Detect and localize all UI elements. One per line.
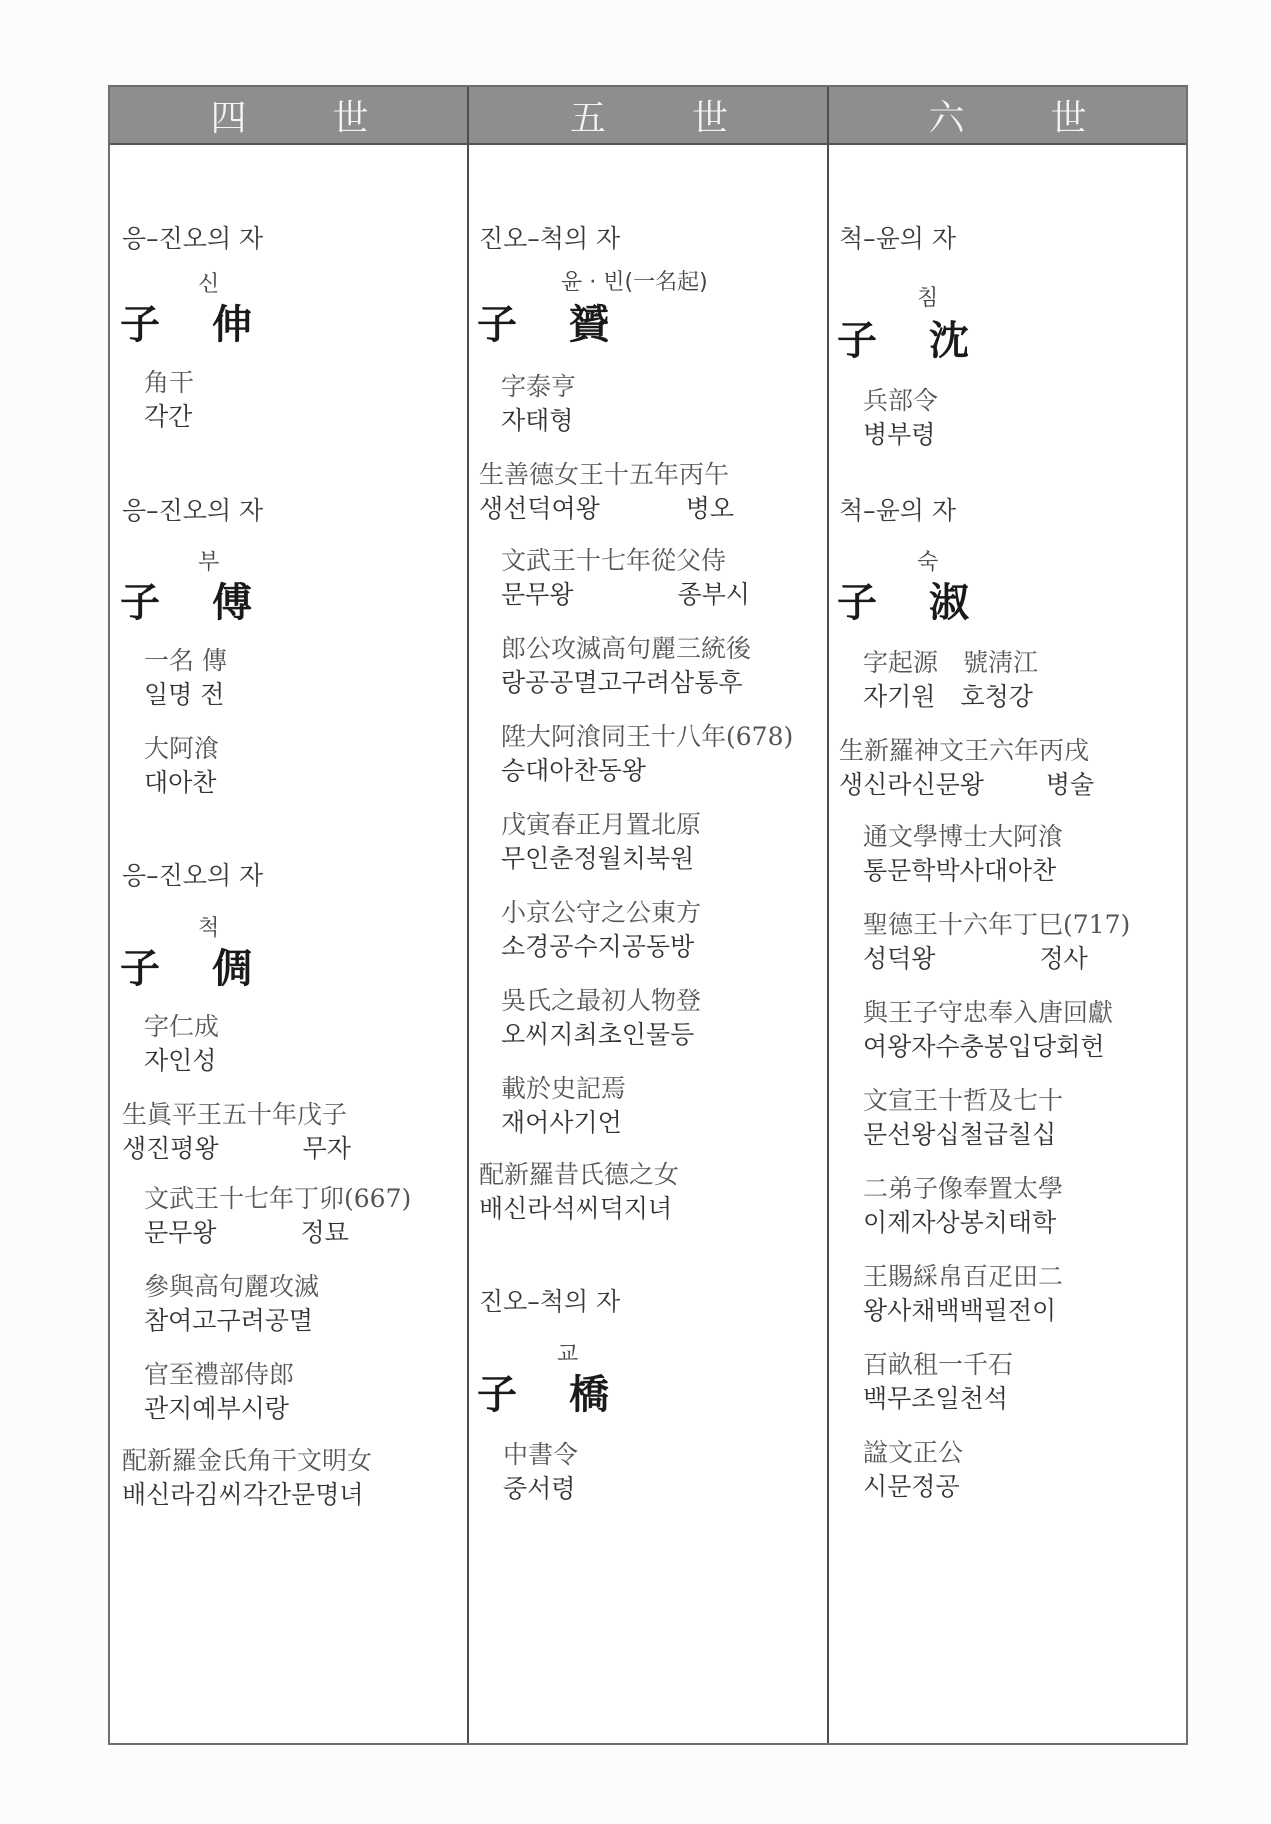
korean-part: 생신라신문왕	[839, 770, 984, 799]
korean-line: 중서령	[503, 1469, 575, 1505]
korean-part: 생진평왕	[122, 1134, 219, 1163]
hanja-line: 陞大阿湌同王十八年(678)	[501, 717, 793, 753]
korean-part: 무자	[303, 1134, 351, 1163]
korean-line: 자태형	[501, 401, 573, 437]
korean-part: 성덕왕	[863, 944, 935, 973]
hanja-line: 通文學博士大阿湌	[863, 817, 1063, 853]
korean-line: 왕사채백백필전이	[863, 1291, 1056, 1327]
name-char: 伸	[212, 301, 252, 348]
header-char: 世	[333, 90, 369, 141]
korean-line: 통문학박사대아찬	[863, 851, 1056, 887]
korean-line: 재어사기언	[501, 1103, 622, 1139]
header-char: 世	[692, 90, 728, 141]
korean-line: 오씨지최초인물등	[501, 1015, 694, 1051]
parent-line: 진오–척의 자	[479, 219, 620, 255]
name-prefix: 子	[477, 1371, 517, 1418]
korean-line: 생신라신문왕병술	[839, 765, 1094, 801]
person-name: 子沈	[837, 309, 969, 366]
korean-line: 자인성	[144, 1041, 216, 1077]
name-char: 贇	[569, 301, 609, 348]
hanja-line: 官至禮部侍郎	[144, 1355, 294, 1391]
korean-line: 대아찬	[144, 763, 216, 799]
hanja-line: 配新羅昔氏德之女	[479, 1155, 679, 1191]
person-name: 子伸	[120, 293, 252, 350]
name-prefix: 子	[837, 317, 877, 364]
korean-line: 이제자상봉치태학	[863, 1203, 1056, 1239]
hanja-line: 文武王十七年丁卯(667)	[144, 1179, 411, 1215]
korean-part: 문무왕	[144, 1218, 216, 1247]
parent-line: 진오–척의 자	[479, 1282, 620, 1318]
hanja-line: 生新羅神文王六年丙戌	[839, 731, 1089, 767]
hanja-line: 文宣王十哲及七十	[863, 1081, 1063, 1117]
hanja-line: 中書令	[503, 1435, 578, 1471]
header-char: 世	[1051, 90, 1087, 141]
hanja-line: 字起源 號淸江	[863, 643, 1038, 679]
korean-line: 배신라석씨덕지녀	[479, 1189, 672, 1225]
parent-line: 척–윤의 자	[839, 219, 956, 255]
korean-part: 문무왕	[501, 580, 573, 609]
person-name: 子贇	[477, 293, 609, 350]
korean-part: 종부시	[677, 580, 749, 609]
parent-line: 응–진오의 자	[122, 491, 263, 527]
parent-line: 척–윤의 자	[839, 491, 956, 527]
hanja-line: 聖德王十六年丁巳(717)	[863, 905, 1130, 941]
korean-line: 랑공공멸고구려삼통후	[501, 663, 743, 699]
parent-line: 응–진오의 자	[122, 219, 263, 255]
person-name: 子淑	[837, 571, 969, 628]
korean-part: 병술	[1046, 770, 1094, 799]
name-prefix: 子	[837, 579, 877, 626]
korean-line: 무인춘정월치북원	[501, 839, 694, 875]
korean-line: 문무왕종부시	[501, 575, 750, 611]
name-char: 沈	[929, 317, 969, 364]
hanja-line: 二弟子像奉置太學	[863, 1169, 1063, 1205]
hanja-line: 載於史記焉	[501, 1069, 626, 1105]
hanja-line: 吳氏之最初人物登	[501, 981, 701, 1017]
hanja-line: 生善德女王十五年丙午	[479, 455, 729, 491]
person-name: 子倜	[120, 937, 252, 994]
korean-line: 병부령	[863, 415, 935, 451]
korean-line: 시문정공	[863, 1467, 960, 1503]
header-char: 四	[210, 90, 246, 141]
korean-line: 승대아찬동왕	[501, 751, 646, 787]
korean-line: 여왕자수충봉입당회헌	[863, 1027, 1105, 1063]
korean-line: 자기원 호청강	[863, 677, 1033, 713]
column-generation-4: 응–진오의 자 신 子伸 角干 각간 응–진오의 자 부 子傅 一名 傳 일명 …	[110, 145, 467, 1743]
korean-line: 참여고구려공멸	[144, 1301, 313, 1337]
korean-part: 생선덕여왕	[479, 494, 600, 523]
name-prefix: 子	[120, 301, 160, 348]
name-char: 倜	[212, 945, 252, 992]
name-prefix: 子	[120, 945, 160, 992]
generation-header-row: 四 世 五 世 六 世	[110, 87, 1186, 145]
hanja-line: 文武王十七年從父侍	[501, 541, 726, 577]
column-generation-6: 척–윤의 자 침 子沈 兵部令 병부령 척–윤의 자 숙 子淑 字起源 號淸江 …	[829, 145, 1186, 1743]
korean-line: 배신라김씨각간문명녀	[122, 1475, 364, 1511]
name-char: 橋	[569, 1371, 609, 1418]
korean-line: 성덕왕정사	[863, 939, 1088, 975]
name-prefix: 子	[120, 579, 160, 626]
korean-line: 소경공수지공동방	[501, 927, 694, 963]
column-generation-5: 진오–척의 자 윤 · 빈(一名起) 子贇 字泰亨 자태형 生善德女王十五年丙午…	[469, 145, 827, 1743]
name-char: 淑	[929, 579, 969, 626]
hanja-line: 小京公守之公東方	[501, 893, 701, 929]
hanja-line: 王賜綵帛百疋田二	[863, 1257, 1063, 1293]
korean-line: 문선왕십철급칠십	[863, 1115, 1056, 1151]
name-char: 傅	[212, 579, 252, 626]
parent-line: 응–진오의 자	[122, 856, 263, 892]
name-reading: 침	[917, 281, 938, 312]
hanja-line: 百畝租一千石	[863, 1345, 1013, 1381]
korean-line: 생선덕여왕병오	[479, 489, 734, 525]
korean-line: 생진평왕무자	[122, 1129, 351, 1165]
header-generation-6: 六 世	[829, 87, 1186, 143]
header-char: 六	[928, 90, 964, 141]
header-char: 五	[570, 90, 606, 141]
korean-line: 일명 전	[144, 675, 224, 711]
korean-line: 관지예부시랑	[144, 1389, 289, 1425]
hanja-line: 字泰亨	[501, 367, 576, 403]
hanja-line: 字仁成	[144, 1007, 219, 1043]
hanja-line: 角干	[144, 363, 194, 399]
hanja-line: 與王子守忠奉入唐回獻	[863, 993, 1113, 1029]
person-name: 子傅	[120, 571, 252, 628]
genealogy-table: 四 世 五 世 六 世 응–진오의 자 신 子伸 角干 각간 응–진오의 자 부…	[108, 85, 1188, 1745]
name-reading: 윤 · 빈(一名起)	[561, 265, 708, 296]
hanja-line: 配新羅金氏角干文明女	[122, 1441, 372, 1477]
hanja-line: 一名 傳	[144, 641, 227, 677]
korean-line: 문무왕정묘	[144, 1213, 349, 1249]
korean-line: 각간	[144, 397, 192, 433]
hanja-line: 生眞平王五十年戊子	[122, 1095, 347, 1131]
korean-part: 병오	[686, 494, 734, 523]
hanja-line: 兵部令	[863, 381, 938, 417]
korean-part: 정사	[1039, 944, 1087, 973]
hanja-line: 參與高句麗攻滅	[144, 1267, 319, 1303]
person-name: 子橋	[477, 1363, 609, 1420]
header-generation-4: 四 世	[110, 87, 469, 143]
hanja-line: 大阿湌	[144, 729, 219, 765]
hanja-line: 郎公攻滅高句麗三統後	[501, 629, 751, 665]
header-generation-5: 五 世	[469, 87, 829, 143]
hanja-line: 諡文正公	[863, 1433, 963, 1469]
name-prefix: 子	[477, 301, 517, 348]
korean-part: 정묘	[300, 1218, 348, 1247]
hanja-line: 戊寅春正月置北原	[501, 805, 701, 841]
korean-line: 백무조일천석	[863, 1379, 1008, 1415]
